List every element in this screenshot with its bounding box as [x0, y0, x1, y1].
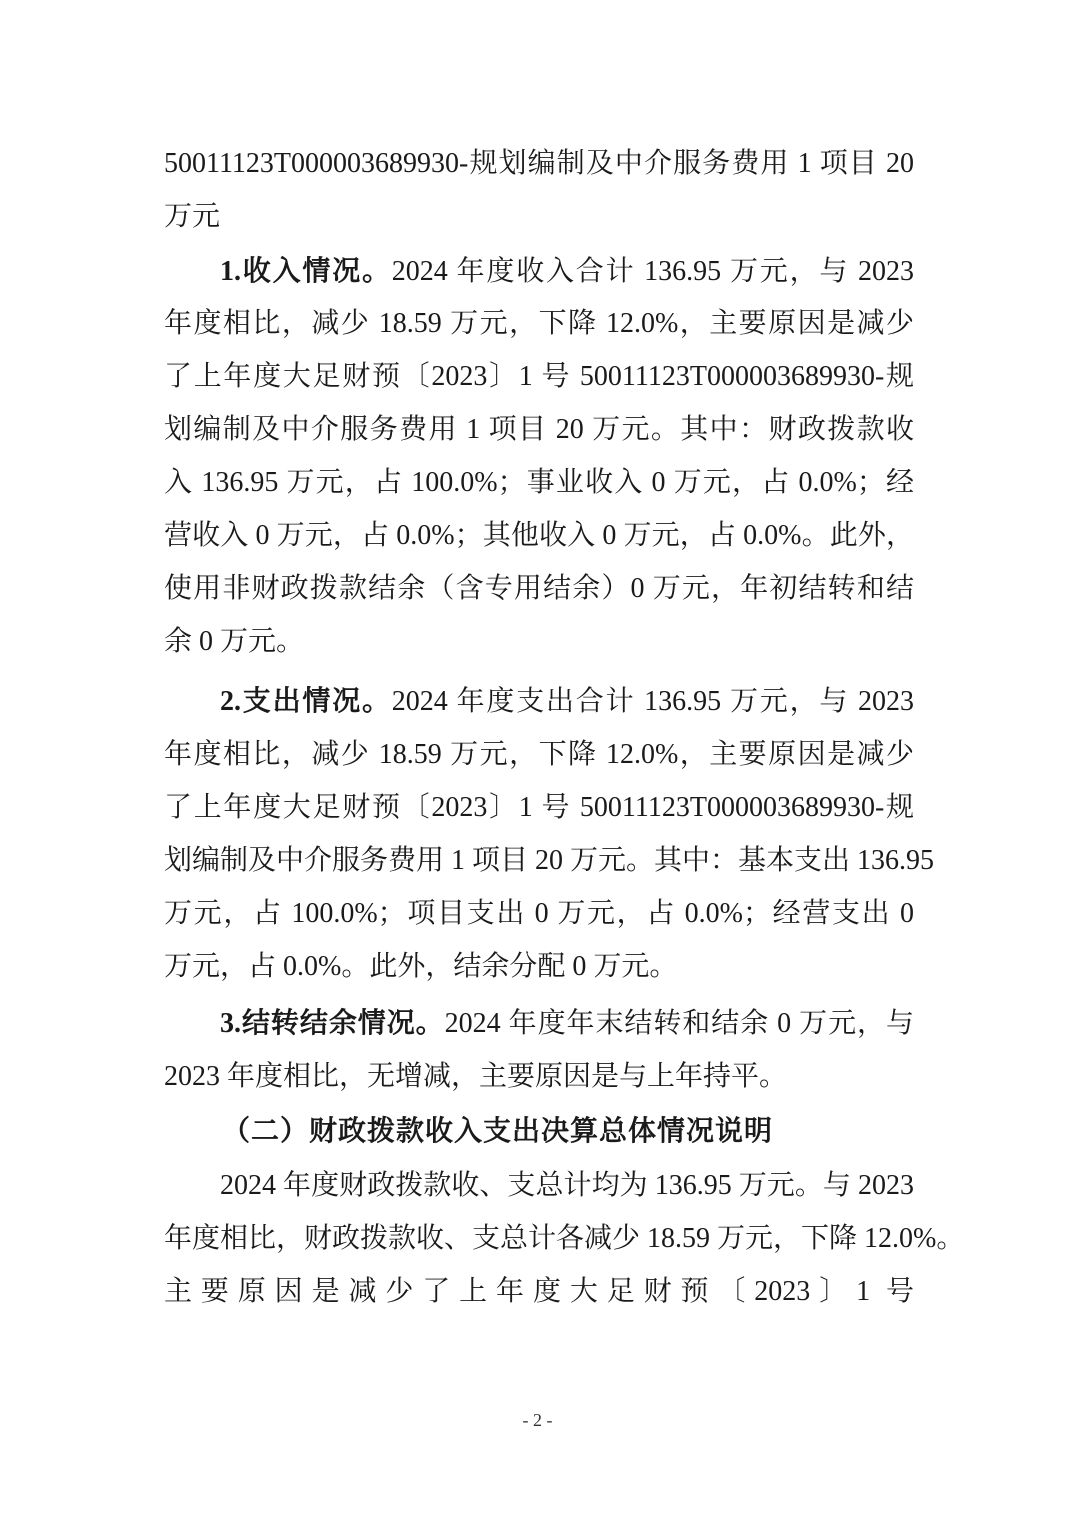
- text-span: 2024 年度收入合计 136.95 万元，与 2023: [392, 256, 914, 287]
- expenditure-section-first-line: 2.支出情况。2024 年度支出合计 136.95 万元，与 2023: [220, 684, 914, 720]
- text-line: 万元，占 100.0%；项目支出 0 万元，占 0.0%；经营支出 0: [164, 896, 914, 932]
- carryover-section-title: 3.结转结余情况。: [220, 1008, 445, 1039]
- text-line: 年度相比，减少 18.59 万元，下降 12.0%，主要原因是减少: [164, 737, 914, 773]
- text-line: 入 136.95 万元，占 100.0%；事业收入 0 万元，占 0.0%；经: [164, 465, 914, 501]
- text-line: 年度相比，减少 18.59 万元，下降 12.0%，主要原因是减少: [164, 306, 914, 342]
- text-span: 2024 年度支出合计 136.95 万元，与 2023: [392, 686, 914, 717]
- income-section-title: 1.收入情况。: [220, 256, 392, 287]
- income-section-first-line: 1.收入情况。2024 年度收入合计 136.95 万元，与 2023: [220, 254, 914, 290]
- text-line: 营收入 0 万元，占 0.0%；其他收入 0 万元，占 0.0%。此外，: [164, 518, 914, 554]
- text-line: 了上年度大足财预〔2023〕1 号 50011123T000003689930-…: [164, 359, 914, 395]
- text-line: 2024 年度财政拨款收、支总计均为 136.95 万元。与 2023: [220, 1168, 914, 1204]
- carryover-section-first-line: 3.结转结余情况。2024 年度年末结转和结余 0 万元，与: [220, 1006, 914, 1042]
- text-line: 2023 年度相比，无增减，主要原因是与上年持平。: [164, 1059, 914, 1095]
- text-line: 划编制及中介服务费用 1 项目 20 万元。其中：基本支出 136.95: [164, 843, 914, 879]
- text-span: 2024 年度年末结转和结余 0 万元，与: [445, 1008, 914, 1039]
- text-line: 划编制及中介服务费用 1 项目 20 万元。其中：财政拨款收: [164, 412, 914, 448]
- text-line: 年度相比，财政拨款收、支总计各减少 18.59 万元，下降 12.0%。: [164, 1221, 914, 1257]
- text-line: 万元: [164, 199, 914, 235]
- text-line: 余 0 万元。: [164, 624, 914, 660]
- text-line: 万元，占 0.0%。此外，结余分配 0 万元。: [164, 949, 914, 985]
- text-line: 使用非财政拨款结余（含专用结余）0 万元，年初结转和结: [164, 571, 914, 607]
- section-heading: （二）财政拨款收入支出决算总体情况说明: [222, 1114, 773, 1150]
- page-number: - 2 -: [0, 1410, 1075, 1431]
- text-line: 50011123T000003689930-规划编制及中介服务费用 1 项目 2…: [164, 146, 914, 182]
- document-page: 50011123T000003689930-规划编制及中介服务费用 1 项目 2…: [0, 0, 1075, 1520]
- text-line: 主要原因是减少了上年度大足财预〔2023〕1 号: [164, 1274, 914, 1310]
- text-line: 了上年度大足财预〔2023〕1 号 50011123T000003689930-…: [164, 790, 914, 826]
- expenditure-section-title: 2.支出情况。: [220, 686, 392, 717]
